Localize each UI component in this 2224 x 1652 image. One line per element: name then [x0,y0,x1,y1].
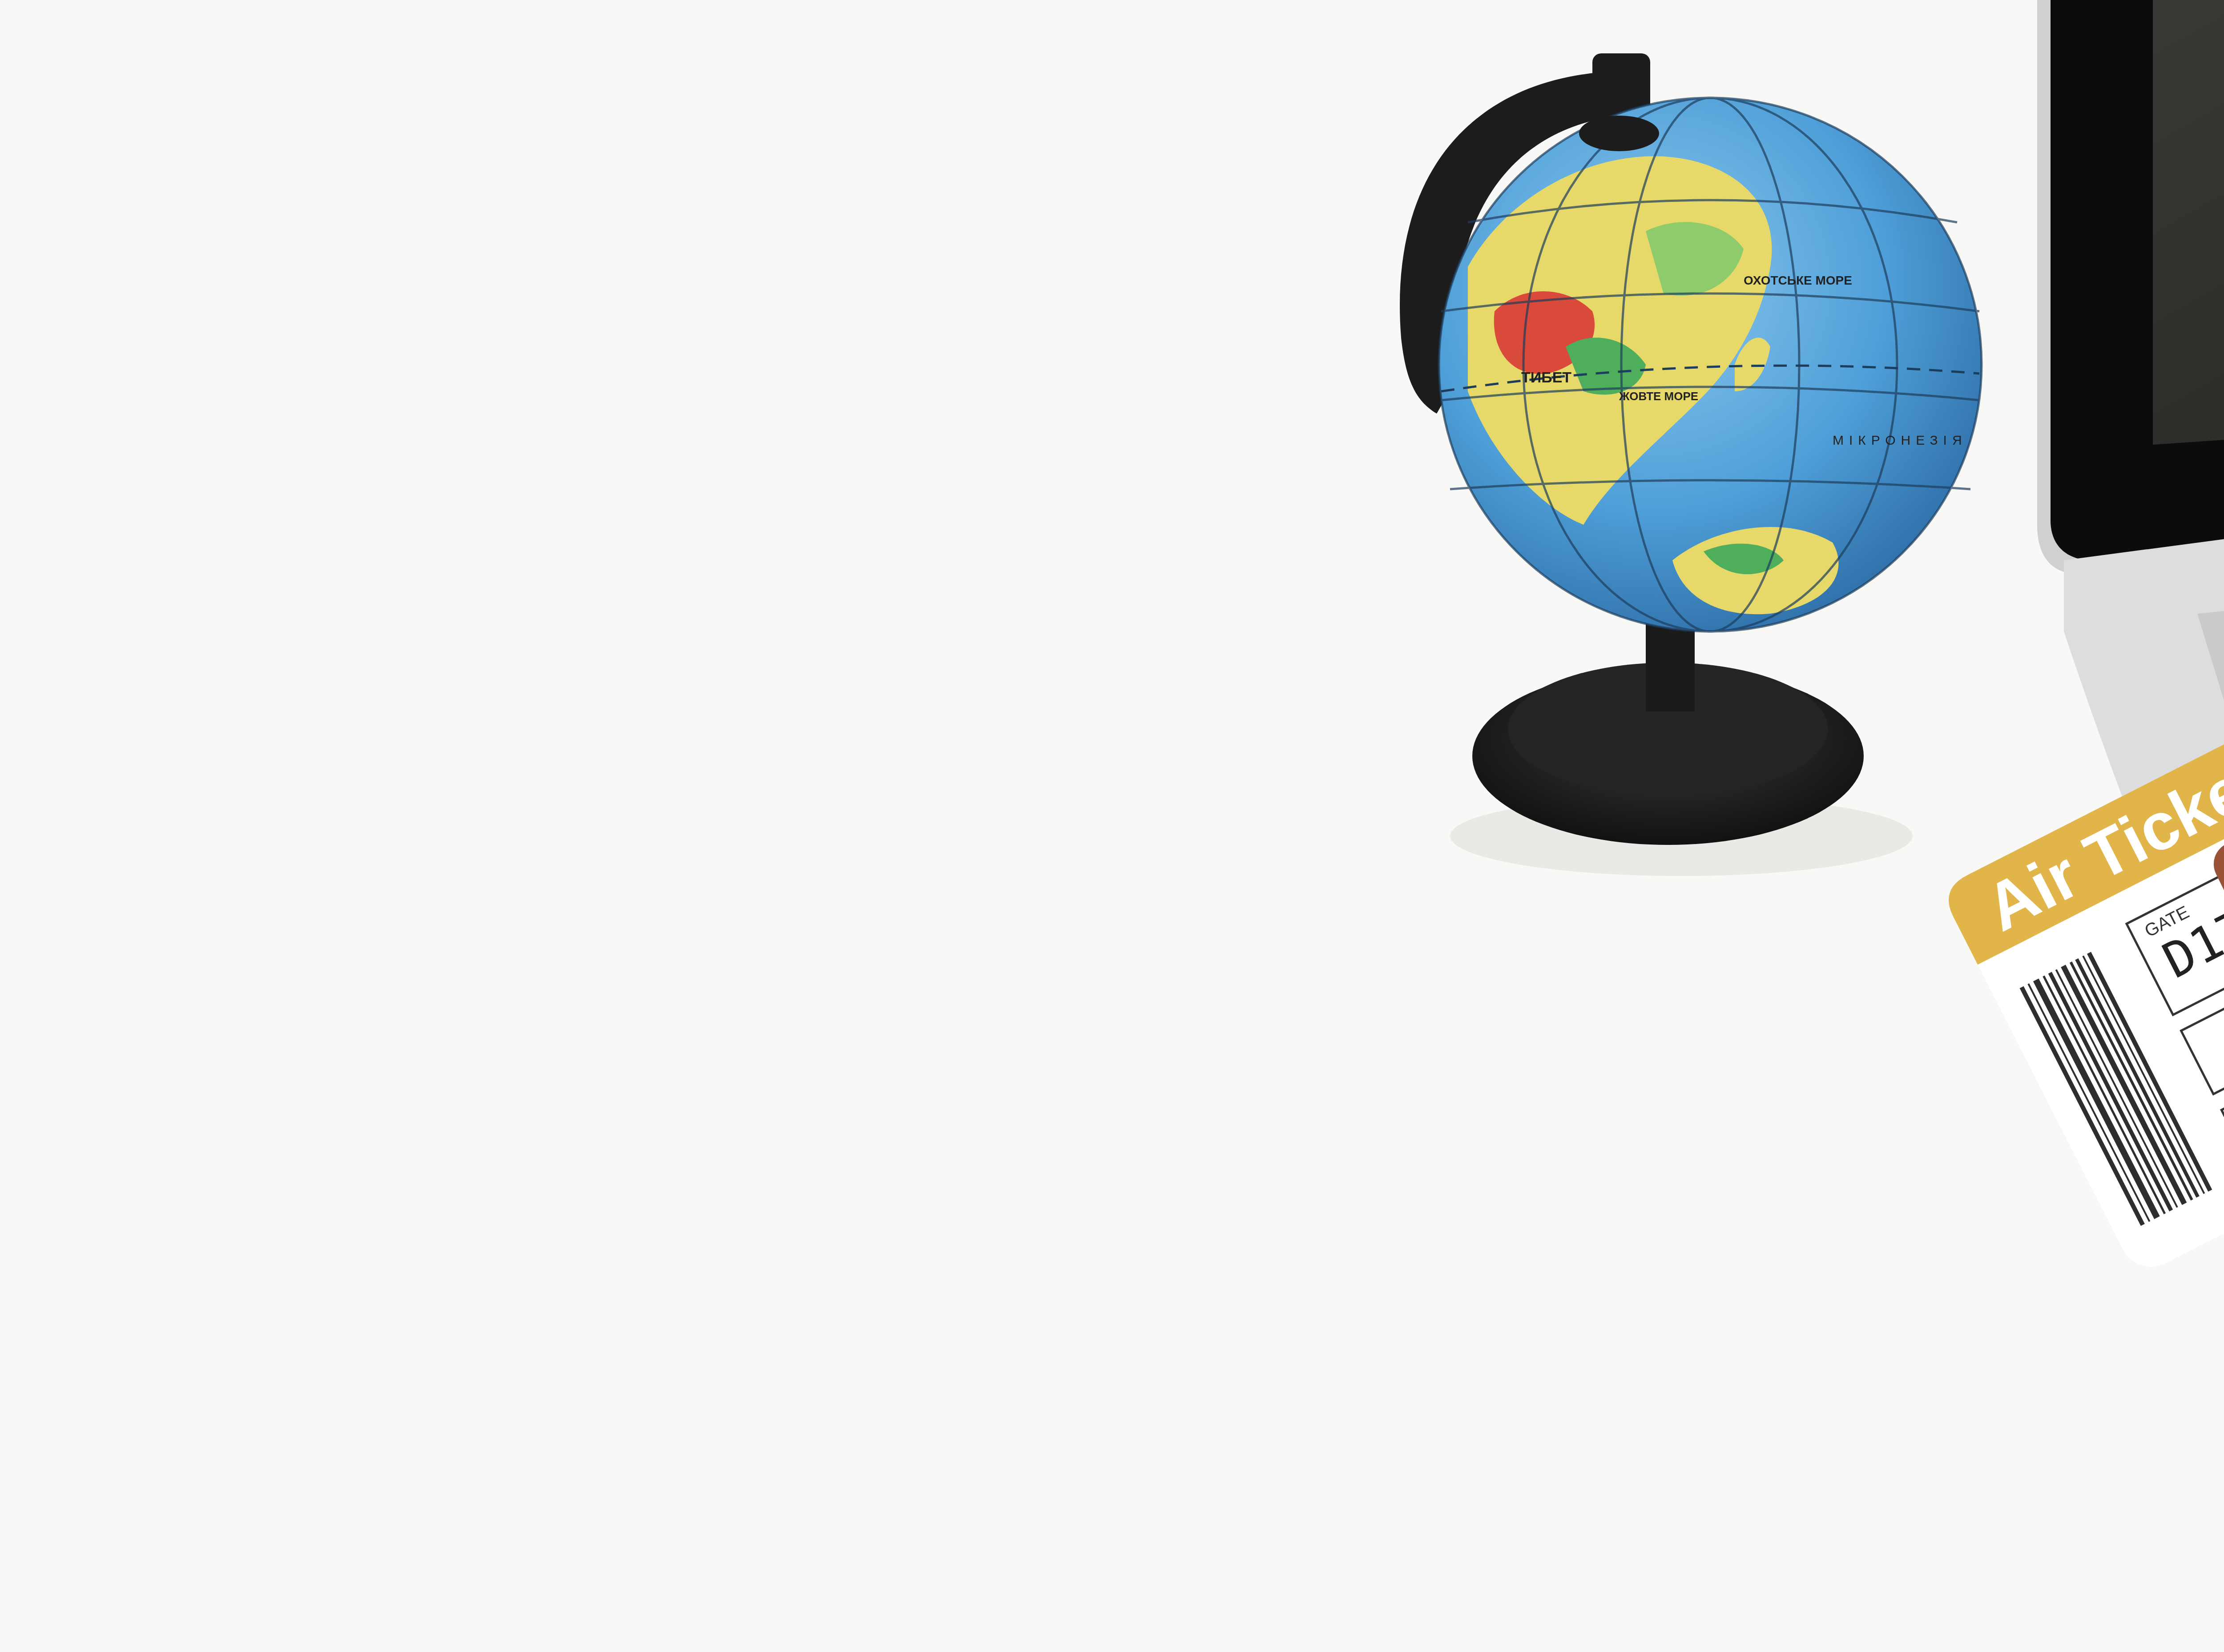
globe-label-yellow-sea: ЖОВТЕ МОРЕ [1619,390,1698,403]
globe-label-tibet: ТИБЕТ [1521,369,1571,386]
scene-illustration: ТИБЕТ ОХОТСЬКЕ МОРЕ ЖОВТЕ МОРЕ МІКРОНЕЗІ… [0,0,2224,1652]
desk-globe: ТИБЕТ ОХОТСЬКЕ МОРЕ ЖОВТЕ МОРЕ МІКРОНЕЗІ… [1400,53,1982,845]
laptop-screen [2153,0,2224,445]
photo-scene: ТИБЕТ ОХОТСЬКЕ МОРЕ ЖОВТЕ МОРЕ МІКРОНЕЗІ… [0,0,2224,1652]
globe-label-micronesia: МІКРОНЕЗІЯ [1833,433,1967,448]
globe-label-okhotsk: ОХОТСЬКЕ МОРЕ [1744,273,1852,287]
